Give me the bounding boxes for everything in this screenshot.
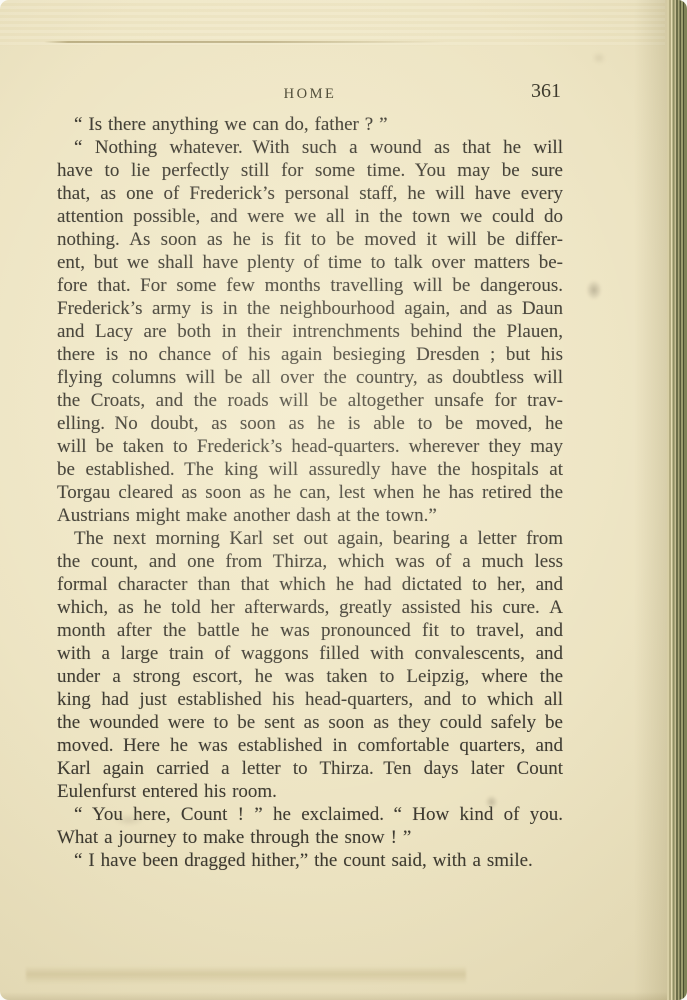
text-line: flying columns will be all over the coun… [57,366,563,389]
text-line: will be taken to Frederick’s head-quarte… [57,435,563,458]
text-line: elling. No doubt, as soon as he is able … [57,412,563,435]
page-edge-stripes [667,0,687,1000]
text-line: Eulenfurst entered his room. [57,780,563,803]
text-line: Austrians might make another dash at the… [57,504,563,527]
paragraph: “ You here, Count ! ” he exclaimed. “ Ho… [57,803,563,849]
text-line: nothing. As soon as he is fit to be move… [57,228,563,251]
text-line: Frederick’s army is in the neighbourhood… [57,297,563,320]
text-line: fore that. For some few months travellin… [57,274,563,297]
scan-smudge [586,280,602,300]
text-line: “ Is there anything we can do, father ? … [57,113,563,136]
text-line: Karl again carried a letter to Thirza. T… [57,757,563,780]
text-line: the Croats, and the roads will be altoge… [57,389,563,412]
text-line: formal character than that which he had … [57,573,563,596]
text-line: be established. The king will assuredly … [57,458,563,481]
text-line: the count, and one from Thirza, which wa… [57,550,563,573]
scan-top-light-band [0,0,665,46]
text-line: “ You here, Count ! ” he exclaimed. “ Ho… [57,803,563,826]
running-title: HOME [57,86,563,103]
text-line: under a strong escort, he was taken to L… [57,665,563,688]
paragraph: “ Nothing whatever. With such a wound as… [57,136,563,527]
paragraph: “ Is there anything we can do, father ? … [57,113,563,136]
page-text: “ Is there anything we can do, father ? … [57,113,563,872]
page-number: 361 [531,80,561,103]
page-header: HOME 361 [57,84,563,106]
book-page-scan: HOME 361 “ Is there anything we can do, … [0,0,687,1000]
paragraph: “ I have been dragged hither,” the count… [57,849,563,872]
scan-showthrough-rule [44,41,446,43]
text-line: What a journey to make through the snow … [57,826,563,849]
text-line: month after the battle he was pronounced… [57,619,563,642]
text-line: king had just established his head-quart… [57,688,563,711]
text-line: that, as one of Frederick’s personal sta… [57,182,563,205]
text-line: “ I have been dragged hither,” the count… [57,849,563,872]
text-line: moved. Here he was established in comfor… [57,734,563,757]
page-bottom-edge-shadow [0,992,687,1000]
text-line: which, as he told her afterwards, greatl… [57,596,563,619]
text-line: “ Nothing whatever. With such a wound as… [57,136,563,159]
scan-bottom-band [26,966,466,984]
text-line: Torgau cleared as soon as he can, lest w… [57,481,563,504]
text-line: and Lacy are both in their intrenchments… [57,320,563,343]
page-gutter-shadow [634,0,668,1000]
text-line: The next morning Karl set out again, bea… [57,527,563,550]
scan-smudge [592,52,606,64]
text-line: the wounded were to be sent as soon as t… [57,711,563,734]
text-line: have to lie perfectly still for some tim… [57,159,563,182]
paragraph: The next morning Karl set out again, bea… [57,527,563,803]
text-line: attention possible, and were we all in t… [57,205,563,228]
text-line: with a large train of waggons filled wit… [57,642,563,665]
text-line: ent, but we shall have plenty of time to… [57,251,563,274]
text-line: there is no chance of his again besiegin… [57,343,563,366]
